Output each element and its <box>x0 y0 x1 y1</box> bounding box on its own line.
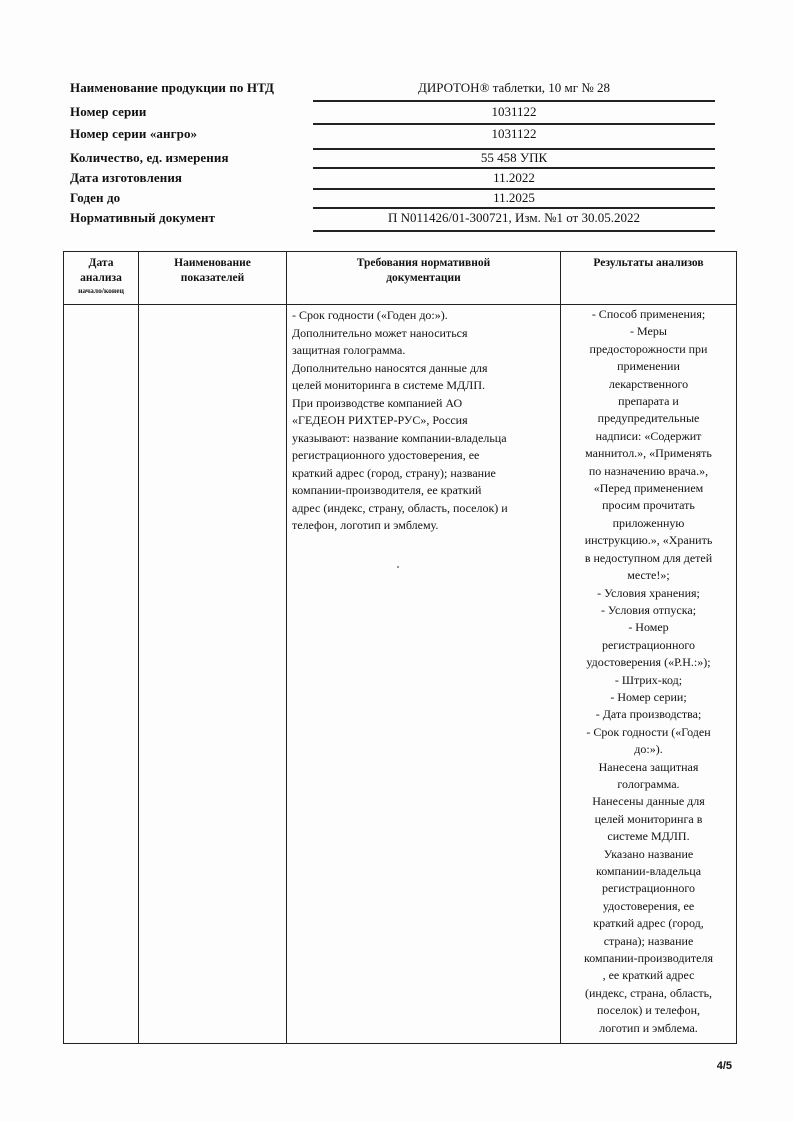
results-line: голограмма. <box>565 776 732 793</box>
results-line: инструкцию.», «Хранить <box>565 532 732 549</box>
scan-speck <box>397 566 399 568</box>
results-line: по назначению врача.», <box>565 463 732 480</box>
col-header-date-sub: начало/конец <box>64 286 138 296</box>
header-label: Номер серии <box>70 104 146 120</box>
requirements-line: телефон, логотип и эмблему. <box>292 517 556 535</box>
results-line: надписи: «Содержит <box>565 428 732 445</box>
results-line: - Дата производства; <box>565 706 732 723</box>
results-line: предупредительные <box>565 410 732 427</box>
header-value: 1031122 <box>313 126 715 142</box>
results-line: - Условия отпуска; <box>565 602 732 619</box>
results-line: применении <box>565 358 732 375</box>
header-label: Наименование продукции по НТД <box>70 80 274 96</box>
requirements-line: компании-производителя, ее краткий <box>292 482 556 500</box>
header-row-product: Наименование продукции по НТД ДИРОТОН® т… <box>70 80 715 100</box>
header-label: Нормативный документ <box>70 210 215 226</box>
results-line: логотип и эмблема. <box>565 1020 732 1037</box>
requirements-line: краткий адрес (город, страну); название <box>292 465 556 483</box>
results-line: - Номер серии; <box>565 689 732 706</box>
cell-date <box>64 305 139 1044</box>
header-row-normative-doc: Нормативный документ П N011426/01-300721… <box>70 210 715 230</box>
results-line: «Перед применением <box>565 480 732 497</box>
table-header-row: Дата анализа начало/конец Наименование п… <box>64 252 737 305</box>
results-line: в недоступном для детей <box>565 550 732 567</box>
results-line: системе МДЛП. <box>565 828 732 845</box>
results-line: месте!»; <box>565 567 732 584</box>
header-value: 55 458 УПК <box>313 150 715 166</box>
results-line: предосторожности при <box>565 341 732 358</box>
results-line: - Способ применения; <box>565 306 732 323</box>
header-label: Годен до <box>70 190 120 206</box>
requirements-line: указывают: название компании-владельца <box>292 430 556 448</box>
requirements-line: «ГЕДЕОН РИХТЕР-РУС», Россия <box>292 412 556 430</box>
results-line: Указано название <box>565 846 732 863</box>
results-line: целей мониторинга в <box>565 811 732 828</box>
results-line: - Меры <box>565 323 732 340</box>
requirements-line: Дополнительно наносятся данные для <box>292 360 556 378</box>
divider <box>313 207 715 209</box>
header-row-batch: Номер серии 1031122 <box>70 104 715 124</box>
results-line: регистрационного <box>565 637 732 654</box>
requirements-line: При производстве компанией АО <box>292 395 556 413</box>
results-line: краткий адрес (город, <box>565 915 732 932</box>
col-header-requirements-text: Требования нормативной документации <box>344 256 504 286</box>
results-line: - Номер <box>565 619 732 636</box>
header-value: 11.2025 <box>313 190 715 206</box>
col-header-date-line1: Дата <box>89 257 114 269</box>
results-line: регистрационного <box>565 880 732 897</box>
cell-name <box>139 305 287 1044</box>
header-label: Количество, ед. измерения <box>70 150 229 166</box>
col-header-results: Результаты анализов <box>561 252 737 305</box>
col-header-name: Наименование показателей <box>139 252 287 305</box>
results-line: (индекс, страна, область, <box>565 985 732 1002</box>
cell-results: - Способ применения;- Мерыпредосторожнос… <box>561 305 737 1044</box>
results-line: препарата и <box>565 393 732 410</box>
requirements-line: Дополнительно может наноситься <box>292 325 556 343</box>
page-number: 4/5 <box>717 1060 732 1072</box>
results-line: маннитол.», «Применять <box>565 445 732 462</box>
col-header-date-line2: анализа <box>80 272 122 284</box>
results-line: - Срок годности («Годен <box>565 724 732 741</box>
divider <box>313 230 715 232</box>
results-line: лекарственного <box>565 376 732 393</box>
col-header-requirements: Требования нормативной документации <box>287 252 561 305</box>
requirements-line: защитная голограмма. <box>292 342 556 360</box>
divider <box>313 100 715 102</box>
results-line: до:»). <box>565 741 732 758</box>
header-row-manufacture-date: Дата изготовления 11.2022 <box>70 170 715 190</box>
col-header-name-text: Наименование показателей <box>168 256 258 286</box>
results-line: компании-производителя <box>565 950 732 967</box>
results-line: Нанесена защитная <box>565 759 732 776</box>
results-line: просим прочитать <box>565 497 732 514</box>
col-header-results-text: Результаты анализов <box>593 257 703 269</box>
header-value: 11.2022 <box>313 170 715 186</box>
results-line: удостоверения, ее <box>565 898 732 915</box>
header-label: Номер серии «ангро» <box>70 126 197 142</box>
analysis-table: Дата анализа начало/конец Наименование п… <box>63 251 737 1044</box>
requirements-line: адрес (индекс, страну, область, поселок)… <box>292 500 556 518</box>
divider <box>313 123 715 125</box>
header-value: П N011426/01-300721, Изм. №1 от 30.05.20… <box>313 210 715 226</box>
header-label: Дата изготовления <box>70 170 182 186</box>
results-line: компании-владельца <box>565 863 732 880</box>
requirements-line: - Срок годности («Годен до:»). <box>292 307 556 325</box>
requirements-line: регистрационного удостоверения, ее <box>292 447 556 465</box>
results-line: Нанесены данные для <box>565 793 732 810</box>
results-line: страна); название <box>565 933 732 950</box>
header-value: 1031122 <box>313 104 715 120</box>
results-line: - Условия хранения; <box>565 585 732 602</box>
requirements-line: целей мониторинга в системе МДЛП. <box>292 377 556 395</box>
results-line: - Штрих-код; <box>565 672 732 689</box>
results-line: поселок) и телефон, <box>565 1002 732 1019</box>
header-row-angro-batch: Номер серии «ангро» 1031122 <box>70 126 715 146</box>
results-line: приложенную <box>565 515 732 532</box>
cell-requirements: - Срок годности («Годен до:»).Дополнител… <box>287 305 561 1044</box>
divider <box>313 167 715 169</box>
table-row: - Срок годности («Годен до:»).Дополнител… <box>64 305 737 1044</box>
results-line: , ее краткий адрес <box>565 967 732 984</box>
col-header-date: Дата анализа начало/конец <box>64 252 139 305</box>
results-line: удостоверения («Р.Н.:»); <box>565 654 732 671</box>
header-value: ДИРОТОН® таблетки, 10 мг № 28 <box>313 80 715 96</box>
